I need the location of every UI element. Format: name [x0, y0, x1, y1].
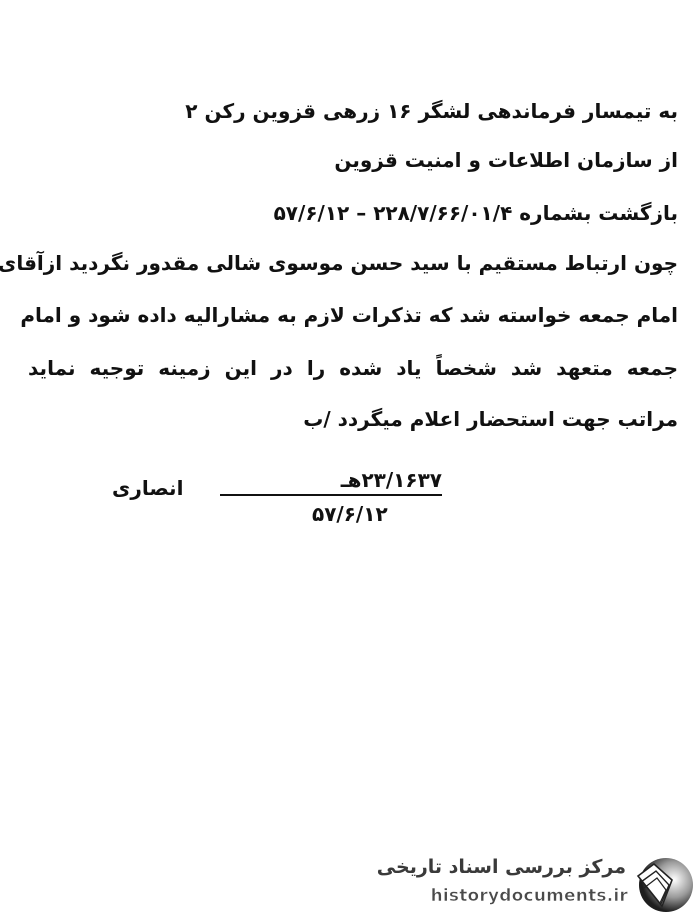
signature-number: ۲۳/۱۶۳۷هـ [220, 466, 442, 496]
document-pages-logo-icon [632, 854, 694, 916]
document-page: به تیمسار فرماندهی لشگر ۱۶ زرهی قزوین رک… [0, 0, 700, 922]
watermark-url: historydocuments.ir [431, 886, 628, 906]
body-line-4: مراتب جهت استحضار اعلام میگردد /ب [303, 404, 678, 434]
addressee-line: به تیمسار فرماندهی لشگر ۱۶ زرهی قزوین رک… [185, 96, 678, 126]
signature-name: انصاری [112, 474, 183, 502]
body-line-3: جمعه متعهد شد شخصاً یاد شده را در این زم… [28, 353, 678, 383]
watermark-title: مرکز بررسی اسناد تاریخی [377, 856, 626, 878]
watermark: مرکز بررسی اسناد تاریخی historydocuments… [404, 852, 694, 918]
body-line-2: امام جمعه خواسته شد که تذکرات لازم به مش… [28, 300, 678, 330]
sender-line: از سازمان اطلاعات و امنیت قزوین [334, 145, 678, 175]
signature-date: ۵۷/۶/۱۲ [312, 500, 388, 528]
reference-line: بازگشت بشماره ۲۲۸/۷/۶۶/۰۱/۴ – ۵۷/۶/۱۲ [274, 198, 678, 228]
body-line-1: چون ارتباط مستقیم با سید حسن موسوی شالی … [28, 248, 678, 278]
